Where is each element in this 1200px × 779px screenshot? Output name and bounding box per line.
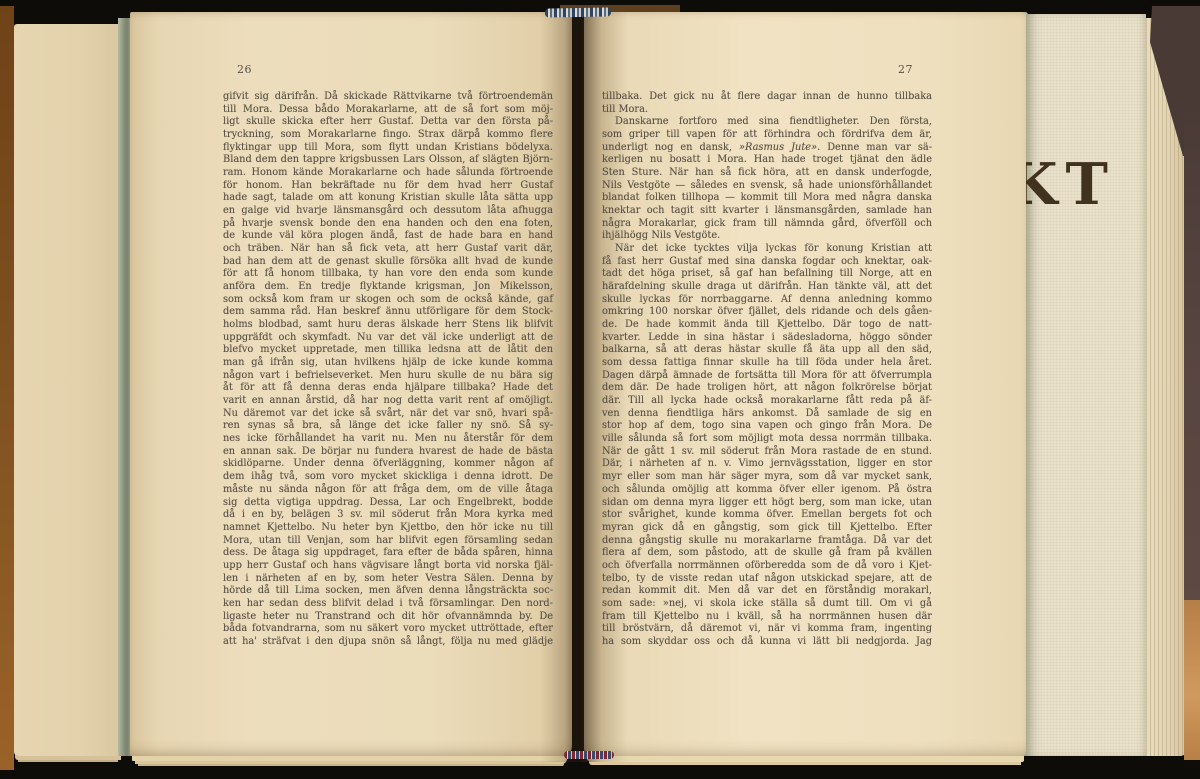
- text-line: stor hop af dem, togo sina vapen och gin…: [602, 420, 932, 433]
- text-line: redan kommit dit. Men då var det en förs…: [602, 585, 932, 598]
- headband-bottom: [564, 751, 614, 759]
- text-line: När det icke tycktes vilja lyckas för ko…: [602, 243, 932, 256]
- book-cover-edge: [0, 6, 14, 770]
- book-photo: KT 26 27 gifvit sig därifrån. Då skickad…: [0, 0, 1200, 779]
- text-line: uppgräfdt och skymfadt. Nu var det väl i…: [223, 332, 553, 345]
- text-line: där. Till all lycka hade också morakarla…: [602, 395, 932, 408]
- text-line: sig detta vigtiga uppdrag. Dessa, Lar oc…: [223, 497, 553, 510]
- text-line: hörde då till Lima socken, men äfven den…: [223, 585, 553, 598]
- text-line: underligt nog en dansk, »Rasmus Jute». D…: [602, 142, 932, 155]
- text-line: blefvo mycket uppretade, men tillika led…: [223, 344, 553, 357]
- back-cover-edge: [1184, 100, 1200, 605]
- text-line: När de gått 1 sv. mil söderut från Mora …: [602, 446, 932, 459]
- text-line: upp herr Gustaf och hans vägvisare långt…: [223, 560, 553, 573]
- text-line: ha som skyddar oss och då kunna vi lätt …: [602, 636, 932, 649]
- text-line: Nu däremot var det icke så svårt, när de…: [223, 408, 553, 421]
- text-line: blandat folken tillhopa — kommit till Mo…: [602, 192, 932, 205]
- text-line: de. De hade kommit ända till Kjettelbo. …: [602, 319, 932, 332]
- text-line: Mora, utan till Venjan, som har blifvit …: [223, 535, 553, 548]
- text-line: som sade: »nej, vi skola icke ställa så …: [602, 598, 932, 611]
- next-leaf-partial: KT: [1026, 14, 1146, 756]
- text-line: stor svårighet, kunde komma öfver. Emell…: [602, 509, 932, 522]
- text-line: Bland dem den tappre krigsbussen Lars Ol…: [223, 154, 553, 167]
- text-line: dem samma råd. Han beskref ännu utförlig…: [223, 306, 553, 319]
- text-line: ihjälhögg Nils Vestgöte.: [602, 230, 932, 243]
- text-line: balkarna, så att deras hästar skulle få …: [602, 344, 932, 357]
- text-line: hade sagt, talade om att konung Kristian…: [223, 192, 553, 205]
- text-line: som griper till vapen för att förhindra …: [602, 129, 932, 142]
- text-line: ram. Honom kände Morakarlarne och hade s…: [223, 167, 553, 180]
- text-line: gifvit sig därifrån. Då skickade Rättvik…: [223, 91, 553, 104]
- text-line: och sålunda omöjlig att komma öfver elle…: [602, 484, 932, 497]
- text-line: ligaste heter nu Transtrand och dit hör …: [223, 611, 553, 624]
- text-line: telbo, ty de visste redan utaf någon uts…: [602, 573, 932, 586]
- text-line: bad han dem att de genast skulle försöka…: [223, 256, 553, 269]
- paper-texture: [1026, 14, 1146, 756]
- text-line: len i närheten af en by, som heter Vestr…: [223, 573, 553, 586]
- text-line: på hvarje svensk bonde den ena handen oc…: [223, 218, 553, 231]
- text-line: flyktingar upp till Mora, som flytt unda…: [223, 142, 553, 155]
- text-line: myr eller som man här säger myra, som då…: [602, 471, 932, 484]
- text-line: varit en annan årstid, då har nog detta …: [223, 395, 553, 408]
- text-line: härafdelning skulle draga ut därifrån. H…: [602, 281, 932, 294]
- flyleaf-page-stack: [14, 24, 122, 756]
- cover-leather-edge: [1184, 600, 1200, 760]
- text-line: kvarter. Ledde in sina hästar i sädeslad…: [602, 332, 932, 345]
- text-line: ligt skulle skicka efter herr Gustaf. De…: [223, 116, 553, 129]
- text-line: skulle lyckas för norrbaggarne. Af denna…: [602, 294, 932, 307]
- text-line: man gå ifrån sig, utan hvilkens hjälp de…: [223, 357, 553, 370]
- text-line: tillbaka. Det gick nu åt flere dagar inn…: [602, 91, 932, 104]
- text-line: och träben. När han så fick veta, att he…: [223, 243, 553, 256]
- text-line: Danskarne fortforo med sina fiendtlighet…: [602, 116, 932, 129]
- text-line: som också kom fram ur skogen och som de …: [223, 294, 553, 307]
- text-line: omkring 100 norskar öfver fjället, dels …: [602, 306, 932, 319]
- text-line: skidlöparne. Under denna öfverläggning, …: [223, 458, 553, 471]
- text-line: kerligen nu bosatt i Mora. Han hade trog…: [602, 154, 932, 167]
- text-line: sidan om denna myra ligger ett högt berg…: [602, 497, 932, 510]
- text-line: dem ihåg två, som voro mycket skickliga …: [223, 471, 553, 484]
- text-line: denna gångstig skulle nu morakarlarne fr…: [602, 535, 932, 548]
- text-line: för honom. Han bekräftade nu för dem hva…: [223, 180, 553, 193]
- text-line: som dessa fattiga finnar skulle ha till …: [602, 357, 932, 370]
- text-line: Nils Vestgöte — således en svensk, så ha…: [602, 180, 932, 193]
- text-line: Dagen därpå ämnade de fortsätta till Mor…: [602, 370, 932, 383]
- text-line: dem där. De hade troligen hört, att någo…: [602, 382, 932, 395]
- text-line: Sten Sture. När han så fick höra, att en…: [602, 167, 932, 180]
- text-line: då i en by, belägen 3 sv. mil söderut fr…: [223, 509, 553, 522]
- text-line: någon vart i befrielseverket. Men huru s…: [223, 370, 553, 383]
- text-line: nes icke förhållandet ha varit nu. Men n…: [223, 433, 553, 446]
- text-line: knektar och tagit sitt kvarter i länsman…: [602, 205, 932, 218]
- text-line: några Morakarlar, gick fram till nämnda …: [602, 218, 932, 231]
- text-line: Där, i närheten af n. v. Vimo jernvägsst…: [602, 458, 932, 471]
- text-line: ren synas så bra, så länge det icke fall…: [223, 420, 553, 433]
- text-line: fram till Kjettelbo nu i kväll, så ha no…: [602, 611, 932, 624]
- text-line: holms blodbad, samt huru deras älskade h…: [223, 319, 553, 332]
- text-line: namnet Kjettelbo. Nu heter byn Kjettbo, …: [223, 522, 553, 535]
- text-line: till bröstvärn, då däremot vi, när vi ko…: [602, 623, 932, 636]
- text-line: en galge vid hvarje länsmansgård och des…: [223, 205, 553, 218]
- text-line: tadt det höga priset, så gaf han befalln…: [602, 268, 932, 281]
- next-page-title-fragment: KT: [1026, 156, 1116, 213]
- text-line: dess. De åtaga sig uppdraget, fara efter…: [223, 547, 553, 560]
- text-line: ville sålunda så fort som möjligt mota d…: [602, 433, 932, 446]
- text-line: för att få honom tillbaka, ty han vore d…: [223, 268, 553, 281]
- text-line: få fast herr Gustaf med sina danska fogd…: [602, 256, 932, 269]
- page-number-left: 26: [237, 63, 252, 76]
- text-line: att ha' sträfvat i den djupa snön så lån…: [223, 636, 553, 649]
- text-line: åt för att få denna deras enda hjälpare …: [223, 382, 553, 395]
- text-line: tryckning, som Morakarlarne fingo. Strax…: [223, 129, 553, 142]
- page-number-right: 27: [898, 63, 913, 76]
- text-line: en annan sak. De börjar nu fundera hvare…: [223, 446, 553, 459]
- text-line: anföra dem. En tredje flyktande krigsman…: [223, 281, 553, 294]
- text-line: flera af dem, som påstodo, att de skulle…: [602, 547, 932, 560]
- text-line: båda fotvandrarna, som nu säkert voro my…: [223, 623, 553, 636]
- text-line: myran gick då en gångstig, som gick till…: [602, 522, 932, 535]
- text-line: måste nu sända någon för att fråga dem, …: [223, 484, 553, 497]
- text-line: ven denna fiendtliga härs ankomst. Då sa…: [602, 408, 932, 421]
- page-27-text: tillbaka. Det gick nu åt flere dagar inn…: [602, 91, 932, 649]
- page-26-text: gifvit sig därifrån. Då skickade Rättvik…: [223, 91, 553, 649]
- text-line: de kunde väl köra plogen ändå, fast de h…: [223, 230, 553, 243]
- text-line: till Mora.: [602, 104, 932, 117]
- text-line: till Mora. Dessa bådo Morakarlarne, att …: [223, 104, 553, 117]
- text-line: ken har sedan dess blifvit delad i två f…: [223, 598, 553, 611]
- text-line: och öfverfalla norrmännen oförberedda so…: [602, 560, 932, 573]
- headband-top: [545, 7, 611, 17]
